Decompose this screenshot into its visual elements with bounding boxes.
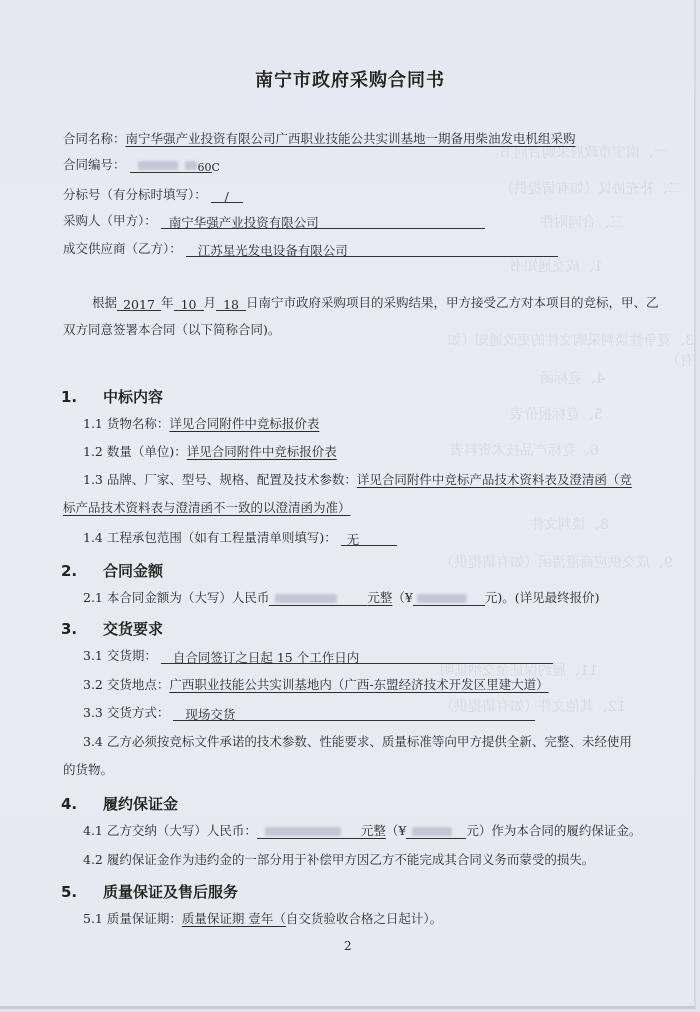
item-suffix: 自交货验收合格之日起计）。 <box>286 911 442 926</box>
deposit-figures-field <box>406 825 466 839</box>
document-title: 南宁市政府采购合同书 <box>0 66 700 92</box>
contract-name-label: 合同名称： <box>63 131 126 146</box>
item-value: 无 <box>347 532 360 547</box>
bleed-through-text: 二、补充协议（如有请提供） <box>500 178 682 198</box>
year-value: 2017 <box>123 297 155 312</box>
item-1-1: 1.1 货物名称：详见合同附件中竞标报价表 <box>83 416 319 432</box>
year-unit: 年 <box>161 295 174 310</box>
day-value: 18 <box>223 297 239 312</box>
redacted-block <box>138 161 178 170</box>
lot-number-row: 分标号（有分标时填写）： / <box>63 187 243 203</box>
section-title: 合同金额 <box>103 562 163 580</box>
amount-figures-field <box>413 592 485 606</box>
item-5-1: 5.1 质量保证期：质量保证期 壹年（自交货验收合格之日起计）。 <box>83 911 442 927</box>
deposit-words-field <box>257 825 361 839</box>
preamble-line-2: 双方同意签署本合同（以下简称合同)。 <box>63 322 280 338</box>
item-1-2: 1.2 数量（单位)：详见合同附件中竞标报价表 <box>83 444 337 460</box>
section-title: 质量保证及售后服务 <box>103 883 238 901</box>
section-number: 4. <box>61 795 103 813</box>
section-number: 1. <box>61 388 103 406</box>
supplier-label: 成交供应商（乙方）： <box>63 241 182 256</box>
contract-number-suffix: 60C <box>197 161 219 174</box>
section-title: 交货要求 <box>103 620 163 638</box>
contract-number-field: 60C <box>130 159 212 173</box>
item-label: 3.2 交货地点： <box>83 677 169 692</box>
item-value: 质量保证期 壹年（ <box>182 911 286 926</box>
item-value-field: 现场交货 <box>173 707 535 721</box>
deposit-suffix: 元整 <box>361 823 386 838</box>
bleed-through-text: 1、成交通知书 <box>510 256 603 276</box>
deposit-currency-open: （¥ <box>386 823 406 838</box>
page-number: 2 <box>344 939 352 953</box>
item-3-3: 3.3 交货方式： 现场交货 <box>83 705 535 721</box>
item-3-4-continued: 的货物。 <box>63 762 113 778</box>
month-value: 10 <box>181 297 197 312</box>
item-3-4: 3.4 乙方必须按竞标文件承诺的技术参数、性能要求、质量标准等向甲方提供全新、完… <box>83 734 632 750</box>
item-label: 2.1 本合同金额为（大写）人民币 <box>83 590 269 605</box>
bleed-through-text: 3、竞争性谈判采购文件的更改通知（如有） <box>430 330 694 370</box>
amount-currency-open: （¥ <box>392 590 412 605</box>
section-number: 5. <box>61 883 103 901</box>
month-field: 10 <box>174 297 204 311</box>
amount-suffix-2: 元)。(详见最终报价) <box>485 590 600 605</box>
section-2-heading: 2.合同金额 <box>61 560 163 581</box>
year-field: 2017 <box>117 297 161 311</box>
item-3-1: 3.1 交货期： 自合同签订之日起 15 个工作日内 <box>83 648 553 664</box>
redacted-block <box>275 594 337 603</box>
item-label: 4.2 履约保证金作为违约金的一部分用于补偿甲方因乙方不能完成其合同义务而蒙受的… <box>83 852 594 867</box>
deposit-suffix-2: 元）作为本合同的履约保证金。 <box>466 823 641 838</box>
item-label: 5.1 质量保证期： <box>83 911 182 926</box>
contract-name-value: 南宁华强产业投资有限公司广西职业技能公共实训基地一期备用柴油发电机组采购 <box>126 131 576 146</box>
item-value-field: 无 <box>341 532 397 546</box>
contract-number-row: 合同编号： 60C <box>63 157 212 173</box>
redacted-block <box>412 827 452 836</box>
section-3-heading: 3.交货要求 <box>61 618 163 639</box>
item-label: 4.1 乙方交纳（大写）人民币： <box>83 823 257 838</box>
redacted-block <box>265 827 341 836</box>
item-value: 现场交货 <box>185 707 235 722</box>
item-value-continued: 标产品技术资料表与澄清函不一致的以澄清函为准） <box>63 500 351 515</box>
month-unit: 月 <box>204 295 217 310</box>
item-2-1: 2.1 本合同金额为（大写）人民币元整（¥元)。(详见最终报价) <box>83 590 599 606</box>
section-4-heading: 4.履约保证金 <box>61 793 178 814</box>
preamble-prefix: 根据 <box>92 295 117 310</box>
item-value: 详见合同附件中竞标报价表 <box>187 444 337 459</box>
section-number: 2. <box>61 562 103 580</box>
redacted-block <box>185 161 197 170</box>
preamble-text-2: 双方同意签署本合同（以下简称合同)。 <box>63 322 280 337</box>
item-value: 详见合同附件中竞标产品技术资料表及澄清函（竞 <box>357 472 632 487</box>
scanned-page: 一、南宁市政府采购合同书 二、补充协议（如有请提供） 三、合同附件 1、成交通知… <box>0 0 696 1009</box>
item-value: 详见合同附件中竞标报价表 <box>169 416 319 431</box>
item-value: 自合同签订之日起 15 个工作日内 <box>173 650 359 665</box>
buyer-row: 采购人（甲方）： 南宁华强产业投资有限公司 <box>63 213 485 229</box>
item-value-field: 自合同签订之日起 15 个工作日内 <box>161 650 553 664</box>
bleed-through-text: 8、谈判文件 <box>530 514 609 534</box>
item-value: 广西职业技能公共实训基地内（广西-东盟经济技术开发区里建大道） <box>169 677 548 692</box>
item-label: 3.4 乙方必须按竞标文件承诺的技术参数、性能要求、质量标准等向甲方提供全新、完… <box>83 734 632 749</box>
item-text-continued: 的货物。 <box>63 762 113 777</box>
lot-number-value: / <box>225 189 229 204</box>
section-1-heading: 1.中标内容 <box>61 386 163 407</box>
redacted-block <box>417 594 467 603</box>
section-number: 3. <box>61 620 103 638</box>
item-1-3: 1.3 品牌、厂家、型号、规格、配置及技术参数：详见合同附件中竞标产品技术资料表… <box>83 472 632 488</box>
item-4-1: 4.1 乙方交纳（大写）人民币：元整（¥元）作为本合同的履约保证金。 <box>83 823 641 839</box>
buyer-value: 南宁华强产业投资有限公司 <box>169 215 319 230</box>
contract-number-label: 合同编号： <box>63 157 126 172</box>
section-5-heading: 5.质量保证及售后服务 <box>61 881 238 902</box>
item-label: 1.2 数量（单位)： <box>83 444 187 459</box>
amount-words-field <box>269 592 367 606</box>
bleed-through-text: 5、竞标报价表 <box>510 404 603 424</box>
lot-number-label: 分标号（有分标时填写）： <box>63 187 207 202</box>
item-3-2: 3.2 交货地点：广西职业技能公共实训基地内（广西-东盟经济技术开发区里建大道） <box>83 677 549 693</box>
supplier-row: 成交供应商（乙方）： 江苏星光发电设备有限公司 <box>63 241 558 257</box>
item-label: 3.1 交货期： <box>83 648 157 663</box>
item-label: 1.1 货物名称： <box>83 416 169 431</box>
bleed-through-text: 三、合同附件 <box>540 212 624 232</box>
bleed-through-text: 6、竞标产品技术资料表 <box>450 440 599 460</box>
bleed-through-text: 9、成交供应商澄清函（如有请提供） <box>440 552 673 572</box>
lot-number-field: / <box>211 189 243 203</box>
section-title: 中标内容 <box>103 388 163 406</box>
item-4-2: 4.2 履约保证金作为违约金的一部分用于补偿甲方因乙方不能完成其合同义务而蒙受的… <box>83 852 594 868</box>
amount-suffix: 元整 <box>367 590 392 605</box>
preamble-line-1: 根据2017年10月18日南宁市政府采购项目的采购结果，甲方接受乙方对本项目的竞… <box>92 295 659 311</box>
buyer-field: 南宁华强产业投资有限公司 <box>161 215 485 229</box>
section-title: 履约保证金 <box>103 795 178 813</box>
bleed-through-text: 4、竞标函 <box>540 368 605 388</box>
item-label: 3.3 交货方式： <box>83 705 169 720</box>
supplier-field: 江苏星光发电设备有限公司 <box>186 243 558 257</box>
item-label: 1.4 工程承包范围（如有工程量清单则填写)： <box>83 530 337 545</box>
preamble-text-1: 日南宁市政府采购项目的采购结果，甲方接受乙方对本项目的竞标，甲、乙 <box>246 295 659 310</box>
contract-name-row: 合同名称：南宁华强产业投资有限公司广西职业技能公共实训基地一期备用柴油发电机组采… <box>63 131 576 147</box>
day-field: 18 <box>216 297 246 311</box>
item-1-3-continued: 标产品技术资料表与澄清函不一致的以澄清函为准） <box>63 500 351 516</box>
item-1-4: 1.4 工程承包范围（如有工程量清单则填写)： 无 <box>83 530 397 546</box>
item-label: 1.3 品牌、厂家、型号、规格、配置及技术参数： <box>83 472 357 487</box>
buyer-label: 采购人（甲方）： <box>63 213 157 228</box>
supplier-value: 江苏星光发电设备有限公司 <box>198 243 348 258</box>
